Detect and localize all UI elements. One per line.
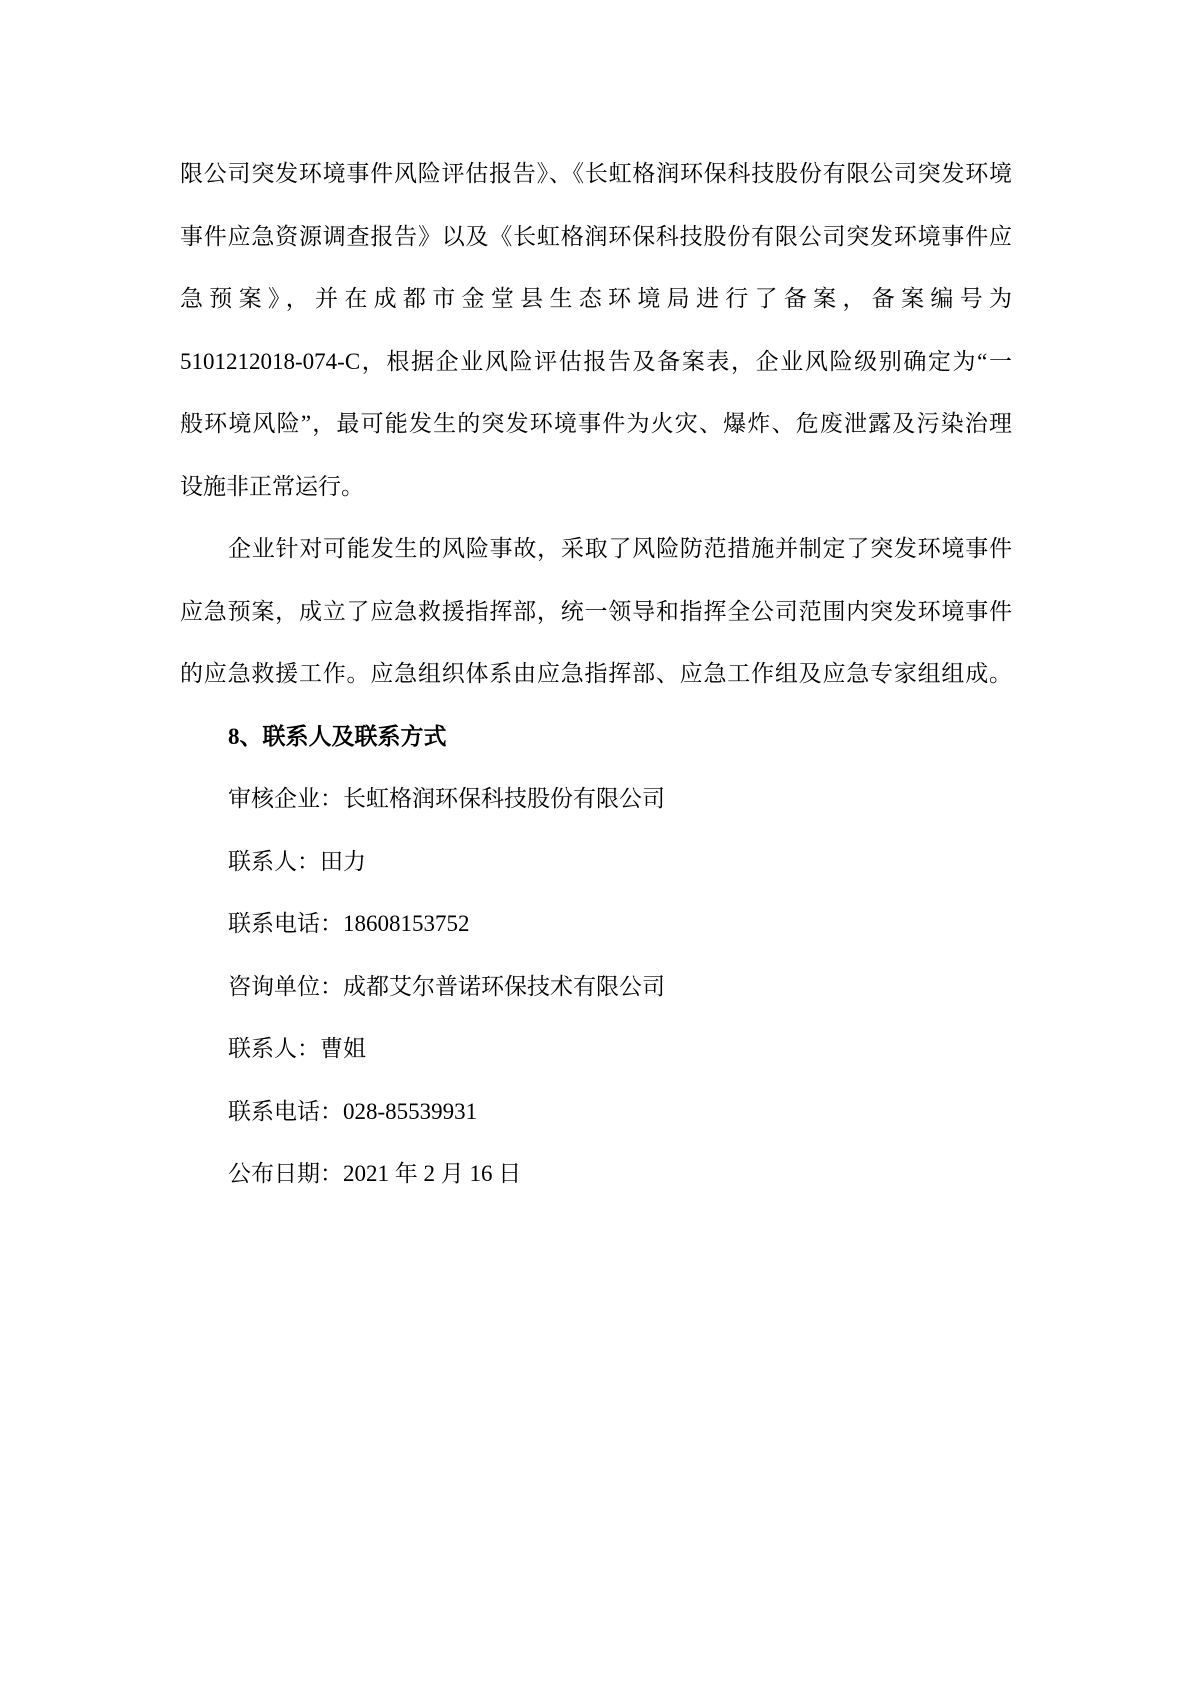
consultant-contact-person-line: 联系人：曹姐: [180, 1018, 1012, 1081]
paragraph1-line-5: 般环境风险”，最可能发生的突发环境事件为火灾、爆炸、危废泄露及污染治理: [180, 393, 1012, 456]
consulting-company-line: 咨询单位：成都艾尔普诺环保技术有限公司: [180, 956, 1012, 1019]
consultant-phone-line: 联系电话：028-85539931: [180, 1081, 1012, 1144]
paragraph1-line-6: 设施非正常运行。: [180, 456, 1012, 519]
paragraph1-line-3: 急预案》，并在成都市金堂县生态环境局进行了备案，备案编号为: [180, 268, 1012, 331]
company-phone-line: 联系电话：18608153752: [180, 893, 1012, 956]
page-content: 限公司突发环境事件风险评估报告》、《长虹格润环保科技股份有限公司突发环境 事件应…: [180, 143, 1012, 1206]
paragraph1-line-1: 限公司突发环境事件风险评估报告》、《长虹格润环保科技股份有限公司突发环境: [180, 143, 1012, 206]
paragraph2-line-3: 的应急救援工作。应急组织体系由应急指挥部、应急工作组及应急专家组组成。: [180, 643, 1012, 706]
paragraph1-line-2: 事件应急资源调查报告》以及《长虹格润环保科技股份有限公司突发环境事件应: [180, 206, 1012, 269]
document-page: 限公司突发环境事件风险评估报告》、《长虹格润环保科技股份有限公司突发环境 事件应…: [0, 0, 1190, 1684]
paragraph2-line-1: 企业针对可能发生的风险事故，采取了风险防范措施并制定了突发环境事件: [180, 518, 1012, 581]
paragraph1-line-4: 5101212018-074-C，根据企业风险评估报告及备案表，企业风险级别确定…: [180, 331, 1012, 394]
section-heading-contacts: 8、联系人及联系方式: [180, 706, 1012, 769]
company-contact-person-line: 联系人：田力: [180, 831, 1012, 894]
reviewed-company-line: 审核企业：长虹格润环保科技股份有限公司: [180, 768, 1012, 831]
publish-date-line: 公布日期：2021 年 2 月 16 日: [180, 1143, 1012, 1206]
paragraph2-line-2: 应急预案，成立了应急救援指挥部，统一领导和指挥全公司范围内突发环境事件: [180, 581, 1012, 644]
